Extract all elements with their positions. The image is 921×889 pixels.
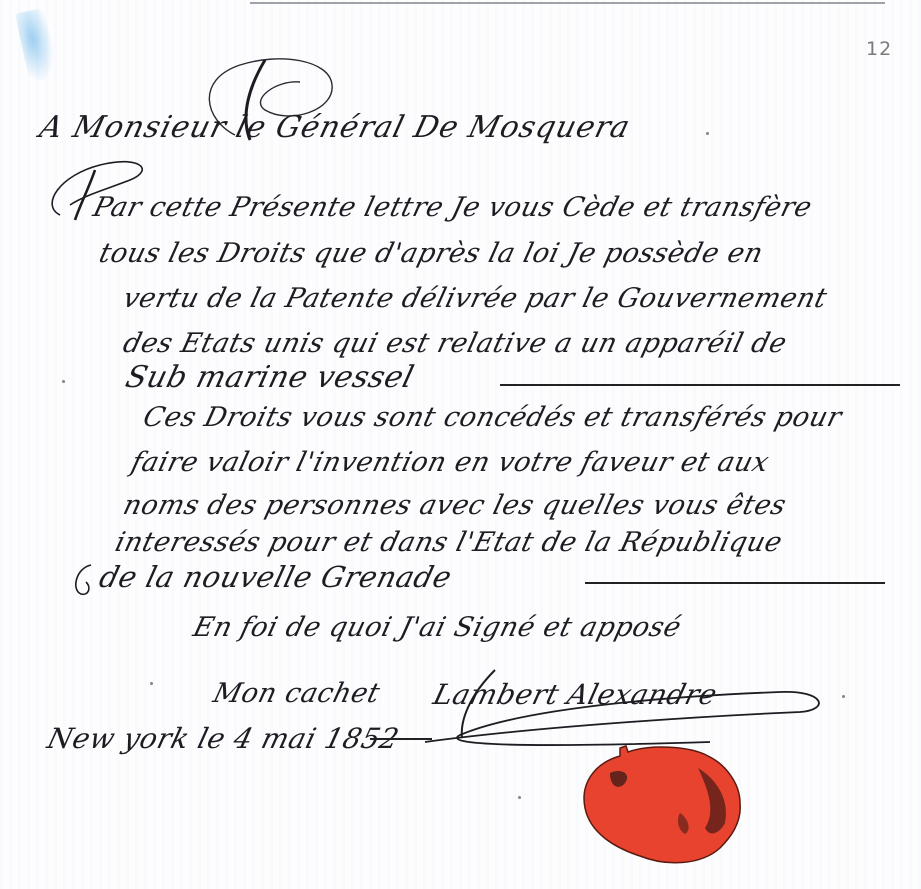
paper-speck: [62, 380, 65, 383]
body-line-7: faire valoir l'invention en votre faveur…: [128, 447, 772, 478]
paper-speck: [706, 132, 709, 135]
body-line-8: noms des personnes avec les quelles vous…: [120, 490, 790, 521]
fill-rule-2: [585, 582, 885, 584]
page-number: 12: [866, 38, 892, 60]
date-strike: [370, 738, 432, 740]
body-line-10: de la nouvelle Grenade: [96, 560, 455, 594]
salutation: A Monsieur le Général De Mosquera: [36, 110, 634, 145]
body-line-1: Par cette Présente lettre Je vous Cède e…: [90, 192, 815, 223]
place-date: New york le 4 mai 1852: [44, 722, 403, 755]
paper-speck: [518, 796, 521, 799]
top-edge-line: [250, 2, 885, 4]
paper-speck: [150, 682, 153, 685]
ink-smudge: [15, 8, 59, 83]
wax-seal: [580, 738, 745, 868]
closing-line-1: En foi de quoi J'ai Signé et apposé: [190, 612, 684, 643]
body-line-4: des Etats unis qui est relative a un app…: [120, 328, 790, 359]
paper-speck: [842, 695, 845, 698]
signature: Lambert Alexandre: [430, 678, 721, 711]
body-line-2: tous les Droits que d'après la loi Je po…: [96, 238, 766, 269]
body-line-6: Ces Droits vous sont concédés et transfé…: [140, 402, 845, 433]
body-line-5: Sub marine vessel: [122, 360, 418, 395]
fill-rule-1: [500, 384, 900, 386]
scanned-letter-page: 12 A Monsieur le Général De Mosquera Par…: [0, 0, 921, 889]
body-line-3: vertu de la Patente délivrée par le Gouv…: [120, 283, 830, 314]
body-line-9: interessés pour et dans l'Etat de la Rép…: [112, 527, 786, 558]
closing-line-2: Mon cachet: [210, 678, 383, 709]
